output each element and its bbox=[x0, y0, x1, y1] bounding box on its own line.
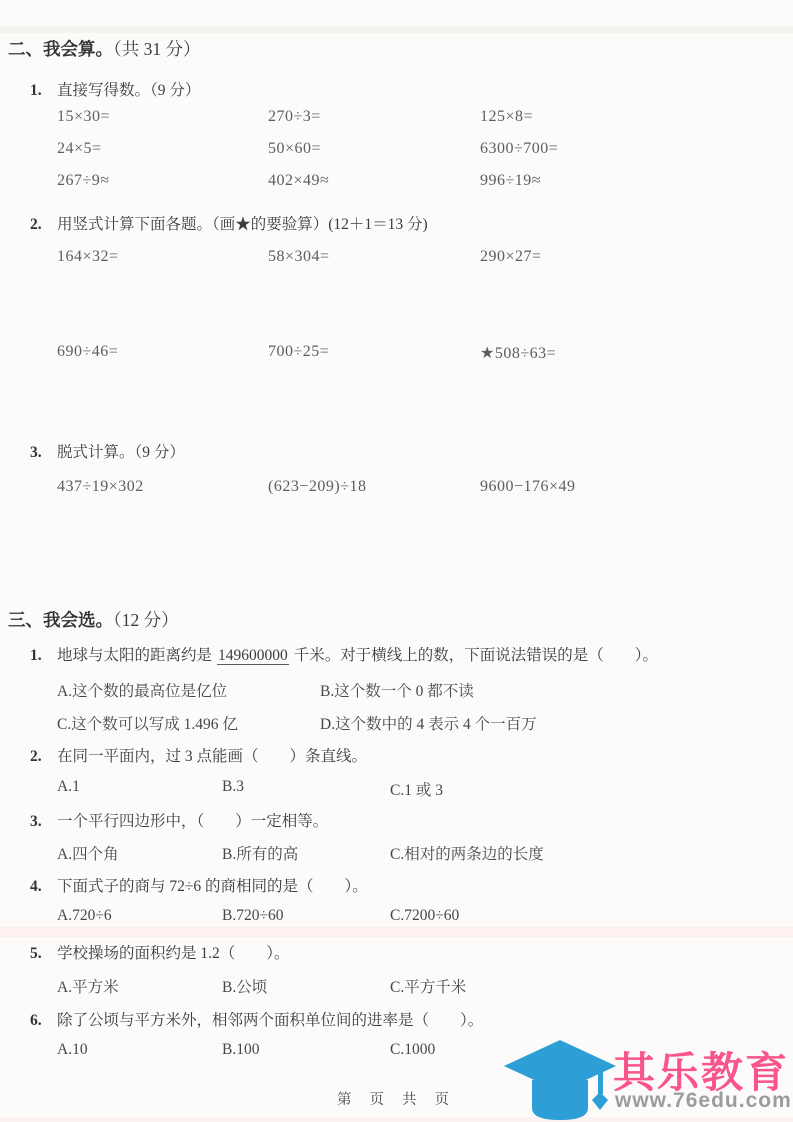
option-a: A.1 bbox=[57, 778, 222, 800]
option-a: A.四个角 bbox=[57, 842, 222, 864]
subsection-stepwise-label: 脱式计算。（9 分） bbox=[57, 444, 185, 461]
vertical-calc-row-1: 164×32= 58×304= 290×27= bbox=[57, 248, 773, 266]
expression: 24×5= bbox=[57, 140, 268, 158]
option-c: C.7200÷60 bbox=[390, 907, 773, 925]
exam-page: 二、我会算。（共 31 分） 1.直接写得数。（9 分） 15×30= 270÷… bbox=[0, 0, 793, 1122]
option-b: B.所有的高 bbox=[222, 842, 390, 864]
question-3-options: A.四个角 B.所有的高 C.相对的两条边的长度 bbox=[57, 842, 773, 864]
section-choice-title-score: （12 分） bbox=[113, 610, 179, 630]
question-3-text: 一个平行四边形中，（ ）一定相等。 bbox=[57, 813, 328, 830]
expression: 402×49≈ bbox=[268, 172, 480, 190]
section-calc-title-main: 二、我会算。 bbox=[8, 39, 113, 59]
question-1-text-post: 千米。对于横线上的数，下面说法错误的是（ ）。 bbox=[294, 647, 658, 664]
question-1-number: 1. bbox=[30, 647, 57, 665]
question-4-options: A.720÷6 B.720÷60 C.7200÷60 bbox=[57, 907, 773, 925]
option-c: C.这个数可以写成 1.496 亿 bbox=[57, 712, 320, 734]
question-5-text: 学校操场的面积约是 1.2（ ）。 bbox=[57, 945, 290, 962]
expression-starred: ★508÷63= bbox=[480, 343, 773, 363]
question-2-stem: 2.在同一平面内，过 3 点能画（ ）条直线。 bbox=[30, 744, 367, 766]
watermark-url: www.76edu.com bbox=[615, 1089, 792, 1113]
question-4-text: 下面式子的商与 72÷6 的商相同的是（ ）。 bbox=[57, 878, 368, 895]
option-b: B.公顷 bbox=[222, 975, 390, 997]
subsection-stepwise-number: 3. bbox=[30, 444, 57, 462]
option-d: D.这个数中的 4 表示 4 个一百万 bbox=[320, 712, 773, 734]
expression: 125×8= bbox=[480, 108, 773, 126]
question-5-stem: 5.学校操场的面积约是 1.2（ ）。 bbox=[30, 941, 290, 963]
section-choice-title: 三、我会选。（12 分） bbox=[8, 607, 179, 632]
expression: 290×27= bbox=[480, 248, 773, 266]
subsection-direct-title: 1.直接写得数。（9 分） bbox=[30, 78, 200, 100]
option-b: B.100 bbox=[222, 1041, 390, 1059]
question-1-underlined-number: 149600000 bbox=[217, 647, 289, 665]
question-1-stem: 1.地球与太阳的距离约是149600000千米。对于横线上的数，下面说法错误的是… bbox=[30, 643, 658, 665]
expression: (623−209)÷18 bbox=[268, 478, 480, 496]
direct-calc-row-1: 15×30= 270÷3= 125×8= bbox=[57, 108, 773, 126]
question-4-number: 4. bbox=[30, 878, 57, 896]
question-2-text: 在同一平面内，过 3 点能画（ ）条直线。 bbox=[57, 748, 367, 765]
expression: 690÷46= bbox=[57, 343, 268, 363]
option-a: A.10 bbox=[57, 1041, 222, 1059]
question-1-options: A.这个数的最高位是亿位 B.这个数一个 0 都不读 C.这个数可以写成 1.4… bbox=[57, 679, 773, 734]
direct-calc-row-2: 24×5= 50×60= 6300÷700= bbox=[57, 140, 773, 158]
question-5-options: A.平方米 B.公顷 C.平方千米 bbox=[57, 975, 773, 997]
question-6-text: 除了公顷与平方米外，相邻两个面积单位间的进率是（ ）。 bbox=[57, 1012, 483, 1029]
expression: 15×30= bbox=[57, 108, 268, 126]
stepwise-calc-row: 437÷19×302 (623−209)÷18 9600−176×49 bbox=[57, 478, 773, 496]
subsection-vertical-label: 用竖式计算下面各题。（画★的要验算）(12＋1＝13 分) bbox=[57, 216, 428, 233]
scan-artifact-band bbox=[0, 1117, 793, 1122]
subsection-vertical-number: 2. bbox=[30, 216, 57, 234]
option-b: B.这个数一个 0 都不读 bbox=[320, 679, 773, 701]
question-3-stem: 3.一个平行四边形中，（ ）一定相等。 bbox=[30, 809, 328, 831]
option-c: C.平方千米 bbox=[390, 975, 773, 997]
option-c: C.1 或 3 bbox=[390, 778, 773, 800]
expression: 6300÷700= bbox=[480, 140, 773, 158]
subsection-direct-number: 1. bbox=[30, 82, 57, 100]
vertical-calc-row-2: 690÷46= 700÷25= ★508÷63= bbox=[57, 343, 773, 363]
subsection-direct-label: 直接写得数。（9 分） bbox=[57, 82, 200, 99]
question-4-stem: 4.下面式子的商与 72÷6 的商相同的是（ ）。 bbox=[30, 874, 368, 896]
question-1-text-pre: 地球与太阳的距离约是 bbox=[57, 647, 212, 664]
section-calc-title-score: （共 31 分） bbox=[113, 39, 201, 59]
subsection-stepwise-title: 3.脱式计算。（9 分） bbox=[30, 440, 185, 462]
expression: 437÷19×302 bbox=[57, 478, 268, 496]
question-2-options: A.1 B.3 C.1 或 3 bbox=[57, 778, 773, 800]
option-c: C.相对的两条边的长度 bbox=[390, 842, 773, 864]
option-b: B.3 bbox=[222, 778, 390, 800]
scan-artifact-band bbox=[0, 26, 793, 33]
question-3-number: 3. bbox=[30, 813, 57, 831]
expression: 9600−176×49 bbox=[480, 478, 773, 496]
option-a: A.平方米 bbox=[57, 975, 222, 997]
expression: 50×60= bbox=[268, 140, 480, 158]
section-choice-title-main: 三、我会选。 bbox=[8, 610, 113, 630]
expression: 164×32= bbox=[57, 248, 268, 266]
expression: 58×304= bbox=[268, 248, 480, 266]
question-6-stem: 6.除了公顷与平方米外，相邻两个面积单位间的进率是（ ）。 bbox=[30, 1008, 483, 1030]
option-b: B.720÷60 bbox=[222, 907, 390, 925]
subsection-vertical-title: 2.用竖式计算下面各题。（画★的要验算）(12＋1＝13 分) bbox=[30, 212, 428, 234]
scan-artifact-band bbox=[0, 927, 793, 937]
option-a: A.720÷6 bbox=[57, 907, 222, 925]
question-6-number: 6. bbox=[30, 1012, 57, 1030]
question-2-number: 2. bbox=[30, 748, 57, 766]
expression: 270÷3= bbox=[268, 108, 480, 126]
graduation-cap-icon bbox=[500, 1036, 620, 1122]
option-a: A.这个数的最高位是亿位 bbox=[57, 679, 320, 701]
expression: 996÷19≈ bbox=[480, 172, 773, 190]
direct-calc-row-3: 267÷9≈ 402×49≈ 996÷19≈ bbox=[57, 172, 773, 190]
question-5-number: 5. bbox=[30, 945, 57, 963]
section-calc-title: 二、我会算。（共 31 分） bbox=[8, 36, 201, 61]
expression: 700÷25= bbox=[268, 343, 480, 363]
expression: 267÷9≈ bbox=[57, 172, 268, 190]
